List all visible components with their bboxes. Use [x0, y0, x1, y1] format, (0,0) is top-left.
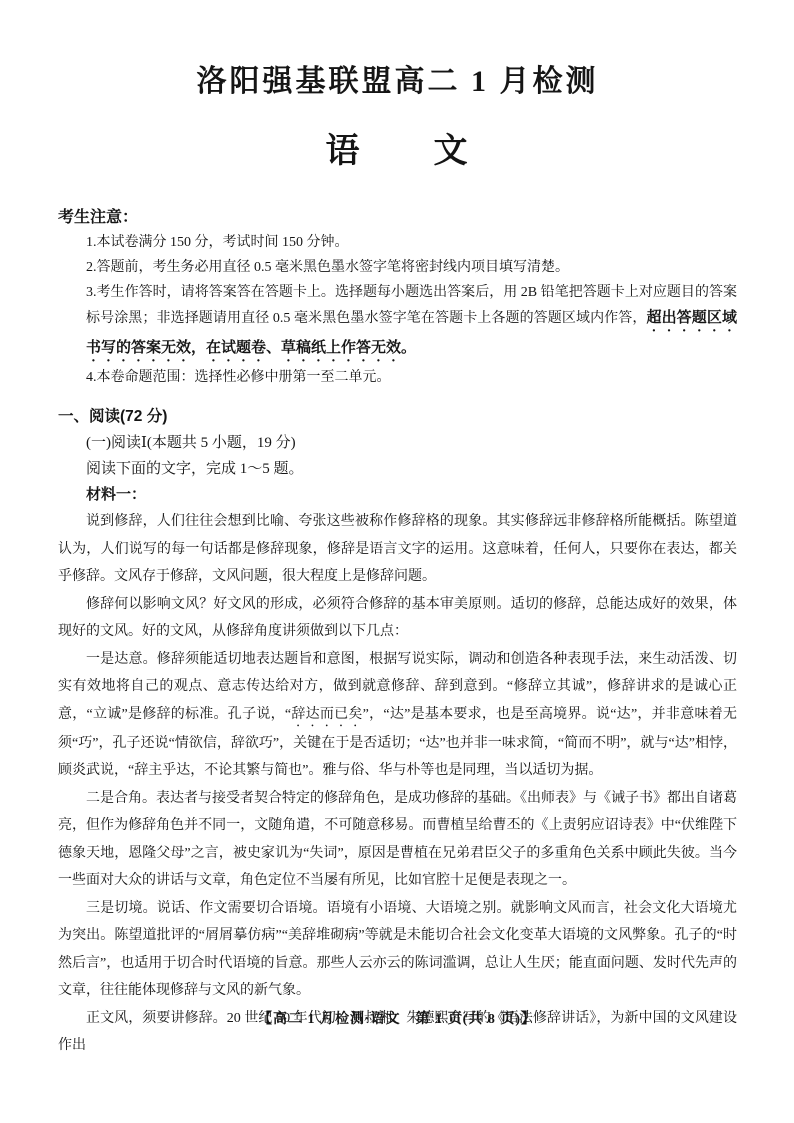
notice-item-3-text: 3.考生作答时，请将答案答在答题卡上。选择题每小题选出答案后，用 2B 铅笔把答… — [86, 285, 737, 326]
notice-item-2: 2.答题前，考生务必用直径 0.5 毫米黑色墨水签字笔将密封线内项目填写清楚。 — [86, 255, 737, 280]
page-footer: 【高二 1 月检测·语文 第 1 页(共 8 页)】 — [0, 1008, 794, 1028]
paragraph-5: 三是切境。说话、作文需要切合语境。语境有小语境、大语境之别。就影响文风而言，社会… — [58, 895, 737, 1005]
exam-paper-page: 洛阳强基联盟高二 1 月检测 语 文 考生注意： 1.本试卷满分 150 分，考… — [0, 0, 794, 1123]
material-one-label: 材料一： — [86, 482, 737, 508]
paragraph-4: 二是合角。表达者与接受者契合特定的修辞角色，是成功修辞的基础。《出师表》与《诫子… — [58, 785, 737, 895]
reading-instruction: 阅读下面的文字，完成 1～5 题。 — [86, 456, 737, 482]
doc-title: 洛阳强基联盟高二 1 月检测 — [58, 62, 737, 102]
subject-title: 语 文 — [58, 130, 737, 174]
paragraph-2: 修辞何以影响文风？好文风的形成，必须符合修辞的基本审美原则。适切的修辞，总能达成… — [58, 591, 737, 646]
paragraph-3: 一是达意。修辞须能适切地表达题旨和意图，根据写说实际，调动和创造各种表现手法，来… — [58, 646, 737, 785]
reading-section: 一、阅读(72 分) (一)阅读Ⅰ(本题共 5 小题，19 分) 阅读下面的文字… — [58, 404, 737, 1060]
notice-section: 考生注意： 1.本试卷满分 150 分，考试时间 150 分钟。 2.答题前，考… — [58, 206, 737, 390]
section-heading-reading: 一、阅读(72 分) — [58, 404, 737, 430]
notice-item-3: 3.考生作答时，请将答案答在答题卡上。选择题每小题选出答案后，用 2B 铅笔把答… — [86, 280, 737, 365]
notice-heading: 考生注意： — [58, 206, 737, 230]
subsection-heading-reading-1: (一)阅读Ⅰ(本题共 5 小题，19 分) — [86, 430, 737, 456]
notice-item-1: 1.本试卷满分 150 分，考试时间 150 分钟。 — [86, 230, 737, 255]
paragraph-3-emphasis: 辞达而已矣 — [291, 707, 363, 722]
paragraph-1: 说到修辞，人们往往会想到比喻、夸张这些被称作修辞格的现象。其实修辞远非修辞格所能… — [58, 508, 737, 591]
notice-item-4: 4.本卷命题范围：选择性必修中册第一至二单元。 — [86, 365, 737, 390]
